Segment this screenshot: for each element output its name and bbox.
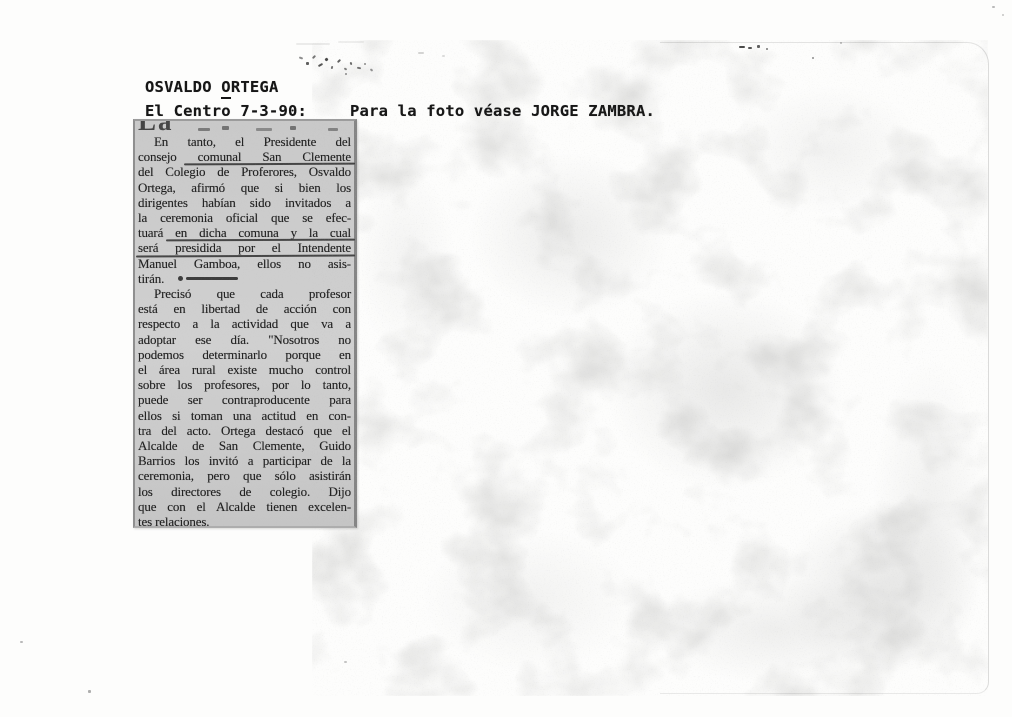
clipping-line-text: Alcalde de San Clemente, Guido xyxy=(138,438,351,453)
clipping-line: los directores de colegio. Dijo xyxy=(138,484,351,499)
clipping-line: está en libertad de acción con xyxy=(138,301,351,316)
clipping-line: puede ser contraproducente para xyxy=(138,392,351,407)
clipping-line: respecto a la actividad que va a xyxy=(138,316,351,331)
clipping-line-text: que con el Alcalde tienen excelen- xyxy=(138,499,351,514)
clipping-line: Precisó que cada profesor xyxy=(138,286,351,301)
clipping-line-text: respecto a la actividad que va a xyxy=(138,316,351,331)
clipping-line-text: podemos determinarlo porque en xyxy=(138,347,351,362)
clipping-line-text: Ortega, afirmó que si bien los xyxy=(138,180,351,195)
headline-fragment-mark xyxy=(328,128,338,131)
clipping-line-text: tes relaciones. xyxy=(138,514,209,529)
headline-fragment-mark xyxy=(290,126,296,130)
pen-stroke-mark xyxy=(186,277,238,280)
clipping-line-text: ellos si toman una actitud en con- xyxy=(138,408,351,423)
clipping-line: Alcalde de San Clemente, Guido xyxy=(138,438,351,453)
clipping-line: tirán. xyxy=(138,271,351,286)
newspaper-clipping: La En tanto, el Presidente delconsejo co… xyxy=(133,119,357,528)
clipping-line: Manuel Gamboa, ellos no asis- xyxy=(138,256,351,271)
clipping-line: Ortega, afirmó que si bien los xyxy=(138,180,351,195)
scanned-page: OSVALDO ORTEGA El Centro 7-3-90: Para la… xyxy=(0,0,1012,717)
clipping-line-text: Manuel Gamboa, ellos no asis- xyxy=(138,256,351,271)
headline-fragment-text: La xyxy=(138,121,174,134)
typed-subject-name: OSVALDO ORTEGA xyxy=(145,78,278,96)
clipping-line: que con el Alcalde tienen excelen- xyxy=(138,499,351,514)
headline-fragment-mark xyxy=(198,128,210,131)
clipping-line: Barrios los invitó a participar de la xyxy=(138,453,351,468)
clipping-line-text: Precisó que cada profesor xyxy=(154,286,351,301)
clipping-text: En tanto, el Presidente delconsejo comun… xyxy=(138,134,351,529)
clipping-line-text: los directores de colegio. Dijo xyxy=(138,484,351,499)
clipping-line: sobre los profesores, por lo tanto, xyxy=(138,377,351,392)
clipping-line-text: En tanto, el Presidente del xyxy=(154,134,351,149)
clipping-line: ellos si toman una actitud en con- xyxy=(138,408,351,423)
headline-fragment-mark xyxy=(222,126,229,130)
typed-source-dateline: El Centro 7-3-90: xyxy=(145,102,307,120)
clipping-line-text: tirán. xyxy=(138,271,164,286)
name-pre: OSVALDO xyxy=(145,78,221,96)
clipping-line-text: dirigentes habían sido invitados a xyxy=(138,195,351,210)
clipping-line: será presidida por el Intendente xyxy=(138,240,351,255)
clipping-line-text: está en libertad de acción con xyxy=(138,301,351,316)
clipping-line-text: adoptar ese día. "Nosotros no xyxy=(138,332,351,347)
clipping-line: podemos determinarlo porque en xyxy=(138,347,351,362)
clipping-line-text: la ceremonia oficial que se efec- xyxy=(138,210,351,225)
clipping-line: ceremonia, pero que sólo asistirán xyxy=(138,468,351,483)
clipping-line: dirigentes habían sido invitados a xyxy=(138,195,351,210)
clipping-line-text: del Colegio de Proferores, Osvaldo xyxy=(138,164,351,179)
cut-headline-fragment: La xyxy=(138,121,351,134)
name-post: RTEGA xyxy=(231,78,279,96)
clipping-line: consejo comunal San Clemente xyxy=(138,149,351,164)
clipping-line: adoptar ese día. "Nosotros no xyxy=(138,332,351,347)
typed-photo-note: Para la foto véase JORGE ZAMBRA. xyxy=(350,102,655,120)
clipping-line: En tanto, el Presidente del xyxy=(138,134,351,149)
clipping-line-text: ceremonia, pero que sólo asistirán xyxy=(138,468,351,483)
clipping-line-text: tra del acto. Ortega destacó que el xyxy=(138,423,351,438)
clipping-line: del Colegio de Proferores, Osvaldo xyxy=(138,164,351,179)
name-underlined-char: O xyxy=(221,78,231,99)
clipping-line: tes relaciones. xyxy=(138,514,351,529)
clipping-line-text: puede ser contraproducente para xyxy=(138,392,351,407)
clipping-line: el área rural existe mucho control xyxy=(138,362,351,377)
clipping-line-text: sobre los profesores, por lo tanto, xyxy=(138,377,351,392)
clipping-line-text: será presidida por el Intendente xyxy=(138,240,351,255)
clipping-line: la ceremonia oficial que se efec- xyxy=(138,210,351,225)
clipping-line: tuará en dicha comuna y la cual xyxy=(138,225,351,240)
headline-fragment-mark xyxy=(256,128,272,131)
clipping-line-text: Barrios los invitó a participar de la xyxy=(138,453,351,468)
photo-paper-edge xyxy=(660,42,989,694)
clipping-line: tra del acto. Ortega destacó que el xyxy=(138,423,351,438)
clipping-line-text: el área rural existe mucho control xyxy=(138,362,351,377)
